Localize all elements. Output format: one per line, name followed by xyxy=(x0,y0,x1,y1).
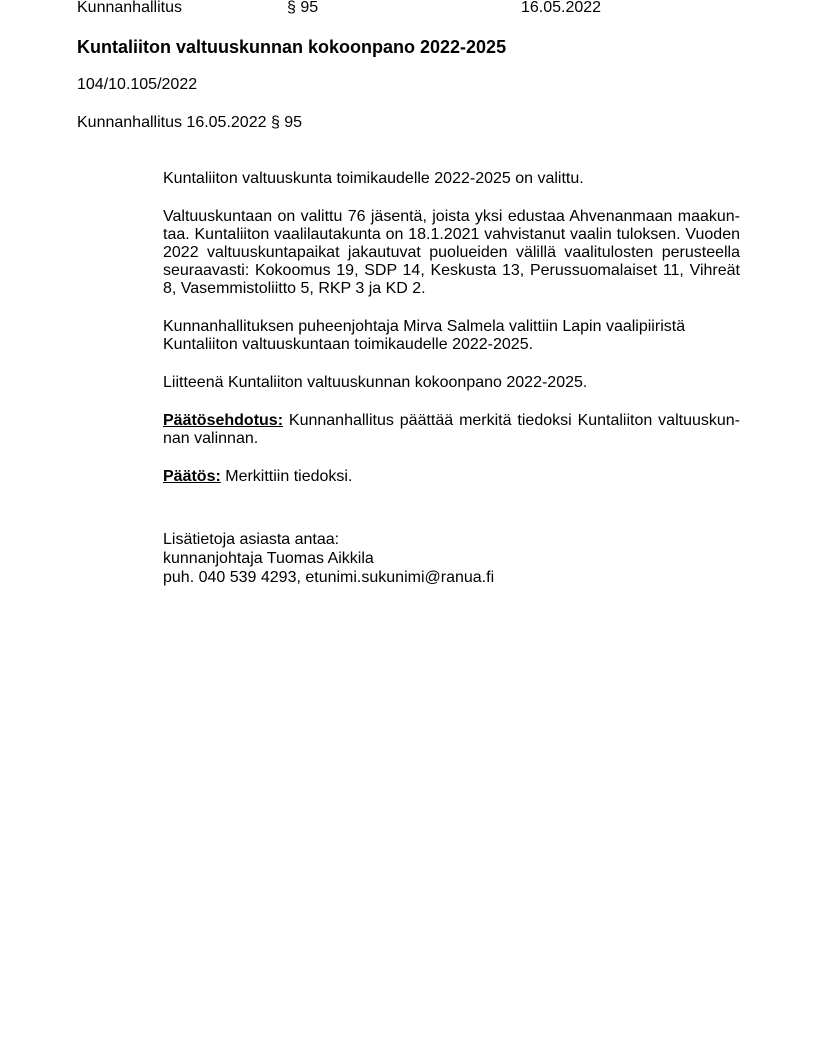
contact-details: puh. 040 539 4293, etunimi.sukunimi@ranu… xyxy=(163,568,740,587)
proposal-paragraph: Päätösehdotus: Kunnanhallitus päättää me… xyxy=(163,412,740,448)
document-title: Kuntaliiton valtuuskunnan kokoonpano 202… xyxy=(77,36,506,58)
paragraph-chair-elected: Kunnanhallituksen puheenjohtaja Mirva Sa… xyxy=(163,318,740,354)
header-body-name: Kunnanhallitus xyxy=(77,0,182,18)
document-body: Kuntaliiton valtuuskunta toimikaudelle 2… xyxy=(163,170,740,587)
paragraph-seat-distribution: Valtuuskuntaan on valittu 76 jäsentä, jo… xyxy=(163,208,740,298)
paragraph-attachment: Liitteenä Kuntaliiton valtuuskunnan koko… xyxy=(163,374,740,392)
header-date: 16.05.2022 xyxy=(521,0,601,18)
proposal-label: Päätösehdotus: xyxy=(163,412,283,429)
decision-label: Päätös: xyxy=(163,468,221,485)
contact-person: kunnanjohtaja Tuomas Aikkila xyxy=(163,549,740,568)
meeting-reference: Kunnanhallitus 16.05.2022 § 95 xyxy=(77,114,302,132)
contact-intro: Lisätietoja asiasta antaa: xyxy=(163,530,740,549)
paragraph-intro: Kuntaliiton valtuuskunta toimikaudelle 2… xyxy=(163,170,740,188)
decision-text: Merkittiin tiedoksi. xyxy=(221,468,353,485)
document-header: Kunnanhallitus § 95 16.05.2022 xyxy=(0,0,816,18)
decision-paragraph: Päätös: Merkittiin tiedoksi. xyxy=(163,468,740,486)
contact-info: Lisätietoja asiasta antaa: kunnanjohtaja… xyxy=(163,530,740,587)
reference-id: 104/10.105/2022 xyxy=(77,76,197,94)
header-paragraph-number: § 95 xyxy=(287,0,318,18)
